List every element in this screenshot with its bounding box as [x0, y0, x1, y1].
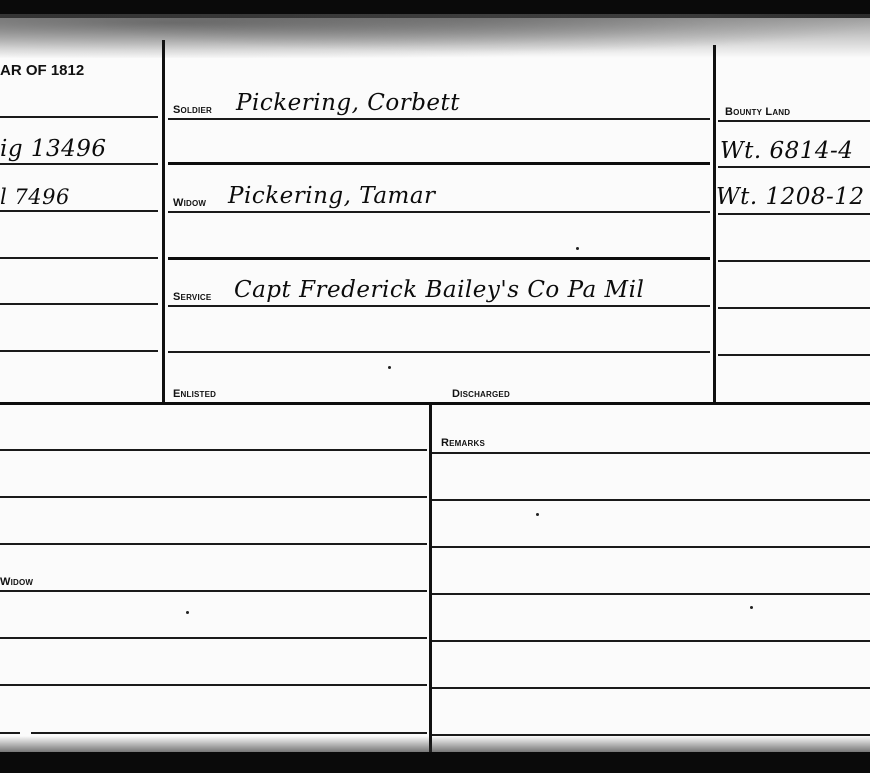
remarks-label: Remarks: [441, 437, 485, 449]
widow-label: Widow: [173, 197, 206, 209]
remarks-rule-1: [432, 452, 870, 454]
column-divider-lower: [429, 405, 432, 755]
left-entry-1: ig 13496: [0, 136, 107, 162]
lower-left-rule-6: [0, 684, 427, 686]
middle-rule-4: [168, 257, 710, 260]
lower-left-rule-3: [0, 543, 427, 545]
middle-rule-6: [168, 351, 710, 353]
lower-widow-label: Widow: [0, 576, 33, 588]
bounty-rule-2: [718, 166, 870, 168]
soldier-name: Pickering, Corbett: [236, 90, 460, 116]
bounty-rule-1: [718, 120, 870, 122]
widow-name: Pickering, Tamar: [228, 183, 436, 209]
lower-left-rule-1: [0, 449, 427, 451]
column-divider-right: [713, 45, 716, 405]
remarks-rule-6: [432, 687, 870, 689]
lower-left-rule-7a: [0, 732, 20, 734]
soldier-label: Soldier: [173, 104, 212, 116]
bounty-rule-5: [718, 307, 870, 309]
lower-left-rule-5: [0, 637, 427, 639]
left-rule-1: [0, 116, 158, 118]
bottom-scan-border: [0, 752, 870, 773]
bounty-rule-3: [718, 213, 870, 215]
scan-speck: [388, 366, 391, 369]
card-title: AR OF 1812: [0, 62, 84, 79]
scan-speck: [536, 513, 539, 516]
soldier-rule: [168, 118, 710, 120]
remarks-rule-3: [432, 546, 870, 548]
bounty-rule-4: [718, 260, 870, 262]
left-entry-2: l 7496: [0, 185, 70, 209]
scan-speck: [750, 606, 753, 609]
scan-speck: [576, 247, 579, 250]
remarks-rule-5: [432, 640, 870, 642]
bounty-land-label: Bounty Land: [725, 106, 790, 118]
column-divider-left: [162, 40, 165, 404]
bounty-entry-2: Wt. 1208-12: [716, 184, 865, 210]
left-rule-5: [0, 303, 158, 305]
lower-left-rule-7b: [31, 732, 427, 734]
discharged-label: Discharged: [452, 388, 510, 400]
enlisted-label: Enlisted: [173, 388, 216, 400]
left-rule-2: [0, 163, 158, 165]
service-value: Capt Frederick Bailey's Co Pa Mil: [234, 277, 644, 303]
service-label: Service: [173, 291, 211, 303]
lower-left-rule-2: [0, 496, 427, 498]
scan-speck: [186, 611, 189, 614]
pension-index-card: AR OF 1812 ig 13496 l 7496 Soldier Picke…: [0, 0, 870, 773]
left-rule-3: [0, 210, 158, 212]
bounty-rule-6: [718, 354, 870, 356]
section-separator: [0, 402, 870, 405]
lower-left-rule-4: [0, 590, 427, 592]
widow-rule: [168, 211, 710, 213]
top-scan-smudge: [0, 14, 870, 58]
middle-rule-2: [168, 162, 710, 165]
left-rule-4: [0, 257, 158, 259]
left-rule-6: [0, 350, 158, 352]
remarks-rule-4: [432, 593, 870, 595]
service-rule: [168, 305, 710, 307]
remarks-rule-2: [432, 499, 870, 501]
bounty-entry-1: Wt. 6814-4: [720, 138, 853, 164]
